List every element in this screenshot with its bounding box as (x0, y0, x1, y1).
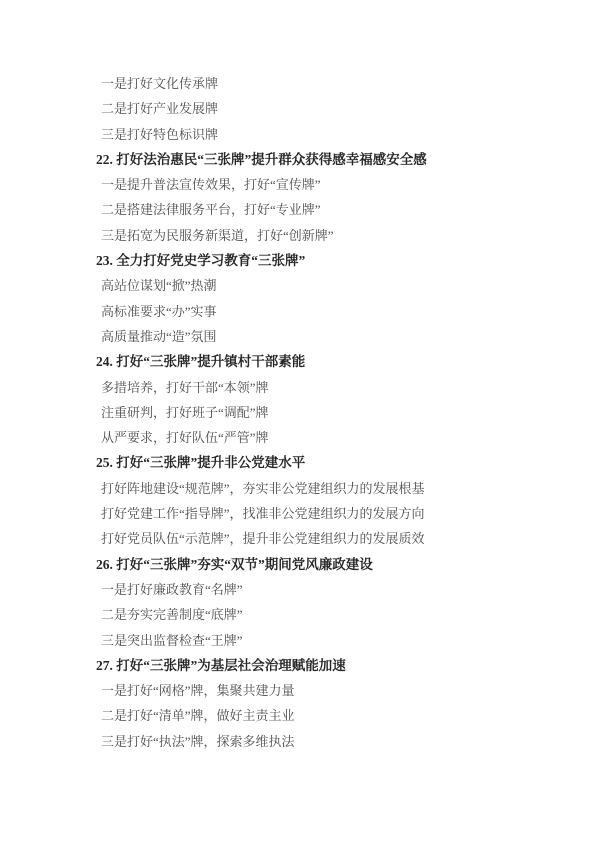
body-line: 二是夯实完善制度“底牌” (96, 602, 546, 627)
section-heading: 26. 打好“三张牌”夯实“双节”期间党风廉政建设 (96, 552, 546, 577)
section-heading: 24. 打好“三张牌”提升镇村干部素能 (96, 349, 546, 374)
section-heading: 23. 全力打好党史学习教育“三张牌” (96, 248, 546, 273)
section-heading: 27. 打好“三张牌”为基层社会治理赋能加速 (96, 653, 546, 678)
body-line: 多措培养，打好干部“本领”牌 (96, 375, 546, 400)
section-heading: 25. 打好“三张牌”提升非公党建水平 (96, 450, 546, 475)
document-page: 一是打好文化传承牌二是打好产业发展牌三是打好特色标识牌22. 打好法治惠民“三张… (0, 0, 596, 842)
body-line: 一是提升普法宣传效果，打好“宣传牌” (96, 172, 546, 197)
body-line: 三是拓宽为民服务新渠道，打好“创新牌” (96, 223, 546, 248)
body-line: 一是打好廉政教育“名牌” (96, 577, 546, 602)
body-line: 三是突出监督检查“王牌” (96, 628, 546, 653)
body-line: 一是打好“网格”牌，集聚共建力量 (96, 678, 546, 703)
body-line: 二是打好产业发展牌 (96, 96, 546, 121)
body-line: 二是搭建法律服务平台，打好“专业牌” (96, 197, 546, 222)
document-lines: 一是打好文化传承牌二是打好产业发展牌三是打好特色标识牌22. 打好法治惠民“三张… (96, 71, 546, 754)
body-line: 打好党员队伍“示范牌”，提升非公党建组织力的发展质效 (96, 526, 546, 551)
body-line: 一是打好文化传承牌 (96, 71, 546, 96)
body-line: 高站位谋划“掀”热潮 (96, 273, 546, 298)
section-heading: 22. 打好法治惠民“三张牌”提升群众获得感幸福感安全感 (96, 147, 546, 172)
body-line: 打好党建工作“指导牌”，找准非公党建组织力的发展方向 (96, 501, 546, 526)
body-line: 高质量推动“造”氛围 (96, 324, 546, 349)
body-line: 从严要求，打好队伍“严管”牌 (96, 425, 546, 450)
body-line: 打好阵地建设“规范牌”，夯实非公党建组织力的发展根基 (96, 476, 546, 501)
body-line: 注重研判，打好班子“调配”牌 (96, 400, 546, 425)
body-line: 二是打好“清单”牌，做好主责主业 (96, 703, 546, 728)
body-line: 高标准要求“办”实事 (96, 299, 546, 324)
body-line: 三是打好“执法”牌，探索多维执法 (96, 729, 546, 754)
body-line: 三是打好特色标识牌 (96, 122, 546, 147)
